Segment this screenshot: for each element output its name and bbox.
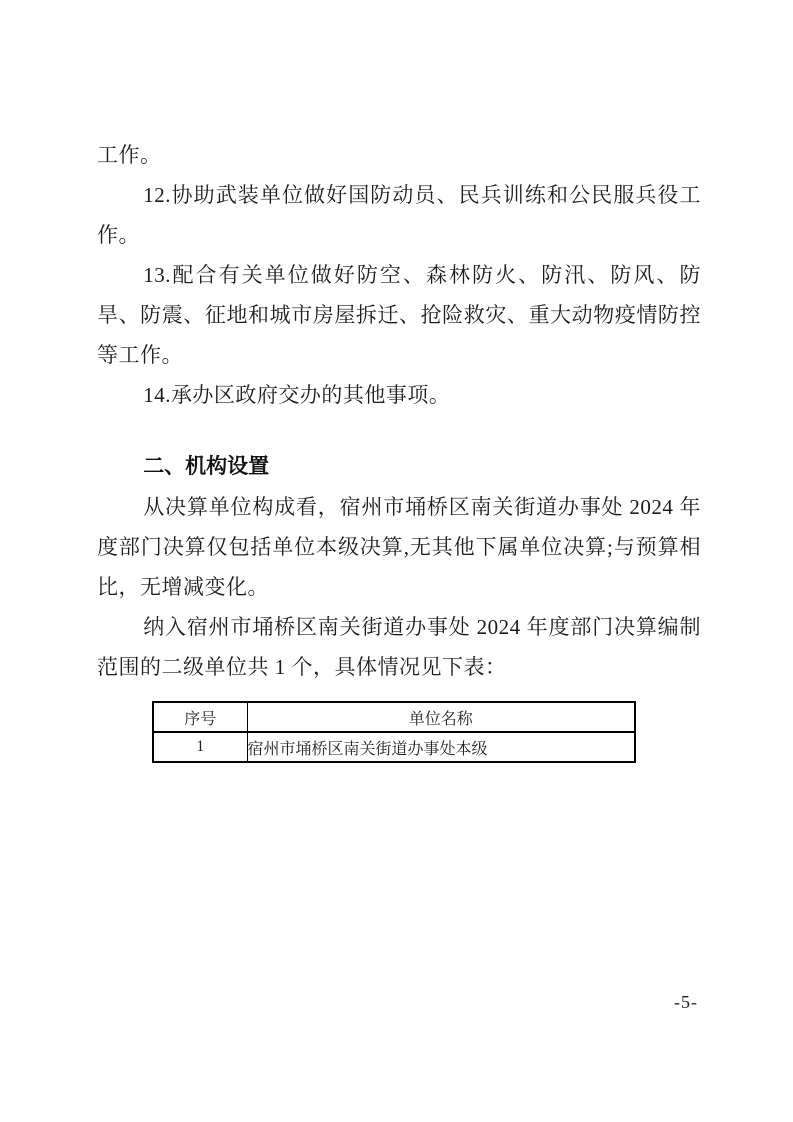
page-number: -5- (674, 990, 698, 1014)
table-cell-unit-name: 宿州市埇桥区南关街道办事处本级 (247, 732, 635, 762)
table-header-unit-name: 单位名称 (247, 702, 635, 732)
page-content: 工作。 12.协助武装单位做好国防动员、民兵训练和公民服兵役工作。 13.配合有… (97, 135, 701, 763)
document-page: 工作。 12.协助武装单位做好国防动员、民兵训练和公民服兵役工作。 13.配合有… (0, 0, 793, 1122)
section-heading: 二、机构设置 (97, 446, 701, 487)
list-item-13: 13.配合有关单位做好防空、森林防火、防汛、防风、防旱、防震、征地和城市房屋拆迁… (97, 255, 701, 375)
table-cell-index: 1 (153, 732, 247, 762)
paragraph-continuation: 工作。 (97, 135, 701, 175)
paragraph-budget-composition: 从决算单位构成看，宿州市埇桥区南关街道办事处 2024 年度部门决算仅包括单位本… (97, 487, 701, 607)
list-item-14: 14.承办区政府交办的其他事项。 (97, 375, 701, 415)
units-table: 序号 单位名称 1 宿州市埇桥区南关街道办事处本级 (152, 701, 636, 763)
table-header-row: 序号 单位名称 (153, 702, 635, 732)
paragraph-unit-scope: 纳入宿州市埇桥区南关街道办事处 2024 年度部门决算编制范围的二级单位共 1 … (97, 607, 701, 687)
list-item-12: 12.协助武装单位做好国防动员、民兵训练和公民服兵役工作。 (97, 175, 701, 255)
table-header-index: 序号 (153, 702, 247, 732)
table-row: 1 宿州市埇桥区南关街道办事处本级 (153, 732, 635, 762)
